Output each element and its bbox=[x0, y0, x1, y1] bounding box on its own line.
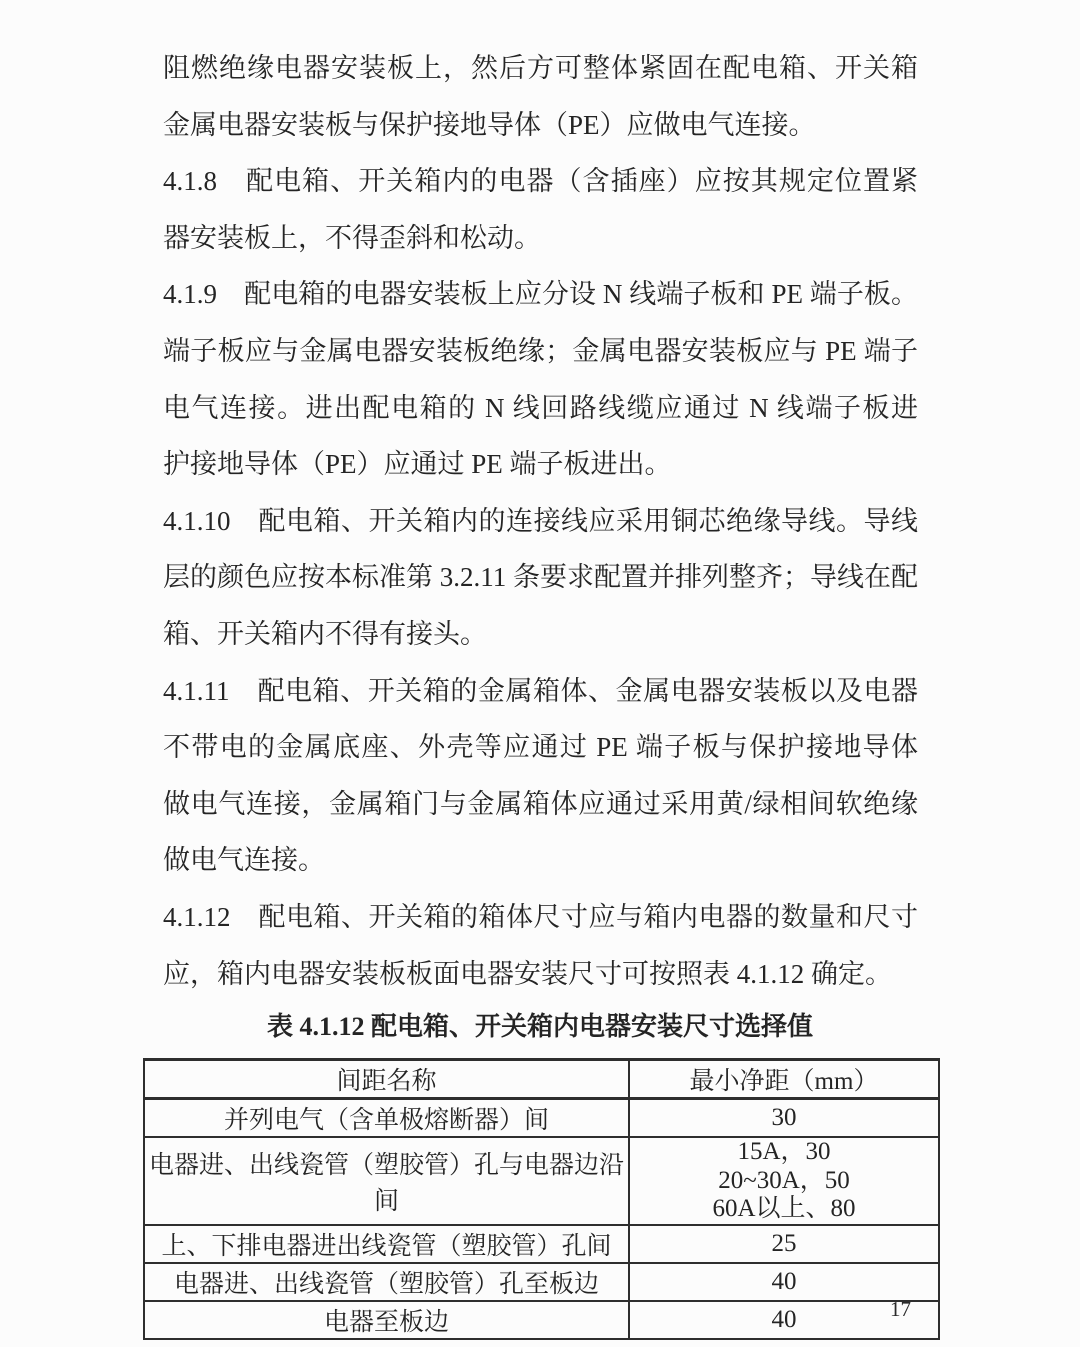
table-cell-value: 15A，30 20~30A，50 60A以上、80 bbox=[629, 1137, 939, 1225]
table-row: 上、下排电器进出线瓷管（塑胶管）孔间 25 bbox=[144, 1225, 939, 1263]
table-header-name: 间距名称 bbox=[144, 1060, 629, 1099]
dimension-table: 间距名称 最小净距（mm） 并列电气（含单极熔断器）间 30 电器进、出线瓷管（… bbox=[143, 1058, 940, 1340]
body-text: 阻燃绝缘电器安装板上，然后方可整体紧固在配电箱、开关箱箱体内。 金属电器安装板与… bbox=[163, 40, 918, 1002]
table-cell-name: 并列电气（含单极熔断器）间 bbox=[144, 1099, 629, 1138]
body-line: 做电气连接。 bbox=[163, 832, 918, 889]
body-line: 阻燃绝缘电器安装板上，然后方可整体紧固在配电箱、开关箱箱体内。 bbox=[163, 40, 918, 97]
body-line-clause-4-1-11: 4.1.11 配电箱、开关箱的金属箱体、金属电器安装板以及电器正常 bbox=[163, 663, 918, 720]
table-cell-value: 25 bbox=[629, 1225, 939, 1263]
table-row: 电器进、出线瓷管（塑胶管）孔与电器边沿间 15A，30 20~30A，50 60… bbox=[144, 1137, 939, 1225]
body-line: 护接地导体（PE）应通过 PE 端子板进出。 bbox=[163, 436, 918, 493]
table-caption: 表 4.1.12 配电箱、开关箱内电器安装尺寸选择值 bbox=[0, 1005, 1080, 1049]
table-row: 电器至板边 40 bbox=[144, 1301, 939, 1339]
table-cell-name: 上、下排电器进出线瓷管（塑胶管）孔间 bbox=[144, 1225, 629, 1263]
table-cell-value-line: 20~30A，50 bbox=[634, 1167, 934, 1196]
body-line: 箱、开关箱内不得有接头。 bbox=[163, 606, 918, 663]
document-page: 阻燃绝缘电器安装板上，然后方可整体紧固在配电箱、开关箱箱体内。 金属电器安装板与… bbox=[0, 0, 1080, 1347]
table-row: 电器进、出线瓷管（塑胶管）孔至板边 40 bbox=[144, 1263, 939, 1301]
body-line: 金属电器安装板与保护接地导体（PE）应做电气连接。 bbox=[163, 97, 918, 154]
table-cell-value-line: 15A，30 bbox=[634, 1138, 934, 1167]
page-number: 17 bbox=[890, 1297, 911, 1322]
body-line: 层的颜色应按本标准第 3.2.11 条要求配置并排列整齐；导线在配电 bbox=[163, 549, 918, 606]
body-line-clause-4-1-12: 4.1.12 配电箱、开关箱的箱体尺寸应与箱内电器的数量和尺寸相适 bbox=[163, 889, 918, 946]
table-cell-value: 30 bbox=[629, 1099, 939, 1138]
table-cell-value: 40 bbox=[629, 1263, 939, 1301]
body-line: 器安装板上，不得歪斜和松动。 bbox=[163, 210, 918, 267]
body-line: 不带电的金属底座、外壳等应通过 PE 端子板与保护接地导体（PE） bbox=[163, 719, 918, 776]
table-header-row: 间距名称 最小净距（mm） bbox=[144, 1060, 939, 1099]
table-cell-name: 电器进、出线瓷管（塑胶管）孔与电器边沿间 bbox=[144, 1137, 629, 1225]
body-line: 电气连接。进出配电箱的 N 线回路线缆应通过 N 线端子板进出；保 bbox=[163, 380, 918, 437]
table-cell-name: 电器至板边 bbox=[144, 1301, 629, 1339]
body-line-clause-4-1-9: 4.1.9 配电箱的电器安装板上应分设 N 线端子板和 PE 端子板。N 线 bbox=[163, 266, 918, 323]
table-header-min-clearance: 最小净距（mm） bbox=[629, 1060, 939, 1099]
body-line: 做电气连接，金属箱门与金属箱体应通过采用黄/绿相间软绝缘导线 bbox=[163, 776, 918, 833]
body-line-clause-4-1-10: 4.1.10 配电箱、开关箱内的连接线应采用铜芯绝缘导线。导线绝缘 bbox=[163, 493, 918, 550]
body-line: 端子板应与金属电器安装板绝缘；金属电器安装板应与 PE 端子板做 bbox=[163, 323, 918, 380]
body-line: 应，箱内电器安装板板面电器安装尺寸可按照表 4.1.12 确定。 bbox=[163, 946, 918, 1003]
table-row: 并列电气（含单极熔断器）间 30 bbox=[144, 1099, 939, 1138]
table-cell-name: 电器进、出线瓷管（塑胶管）孔至板边 bbox=[144, 1263, 629, 1301]
table-cell-value-line: 60A以上、80 bbox=[634, 1195, 934, 1224]
body-line-clause-4-1-8: 4.1.8 配电箱、开关箱内的电器（含插座）应按其规定位置紧固在电 bbox=[163, 153, 918, 210]
